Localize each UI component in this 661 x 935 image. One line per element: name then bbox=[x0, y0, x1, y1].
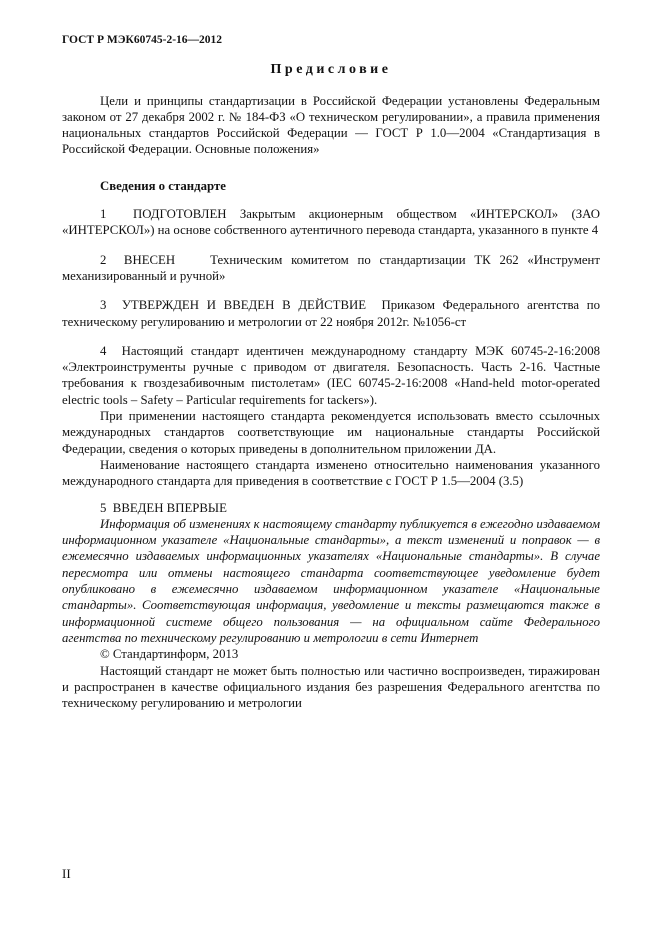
item-first-introduced: 5 ВВЕДЕН ВПЕРВЫЕ bbox=[62, 500, 600, 516]
note-references: При применении настоящего стандарта реко… bbox=[62, 408, 600, 457]
note-renamed: Наименование настоящего стандарта измене… bbox=[62, 457, 600, 490]
standard-info-heading: Сведения о стандарте bbox=[62, 178, 600, 194]
reproduction-restriction: Настоящий стандарт не может быть полност… bbox=[62, 663, 600, 712]
page-title: Предисловие bbox=[62, 62, 600, 78]
item-approved: 3 УТВЕРЖДЕН И ВВЕДЕН В ДЕЙСТВИЕ Приказом… bbox=[62, 297, 600, 330]
item-prepared: 1 ПОДГОТОВЛЕН Закрытым акционерным общес… bbox=[62, 206, 600, 239]
item-submitted: 2 ВНЕСЕН Техническим комитетом по станда… bbox=[62, 252, 600, 285]
page-number: II bbox=[62, 866, 71, 882]
publication-note: Информация об изменениях к настоящему ст… bbox=[62, 516, 600, 646]
document-page: ГОСТ Р МЭК60745-2-16—2012 Предисловие Це… bbox=[0, 0, 661, 935]
copyright-line: © Стандартинформ, 2013 bbox=[62, 646, 600, 662]
document-code: ГОСТ Р МЭК60745-2-16—2012 bbox=[62, 32, 600, 48]
item-identical: 4 Настоящий стандарт идентичен междунаро… bbox=[62, 343, 600, 408]
intro-paragraph: Цели и принципы стандартизации в Российс… bbox=[62, 93, 600, 158]
